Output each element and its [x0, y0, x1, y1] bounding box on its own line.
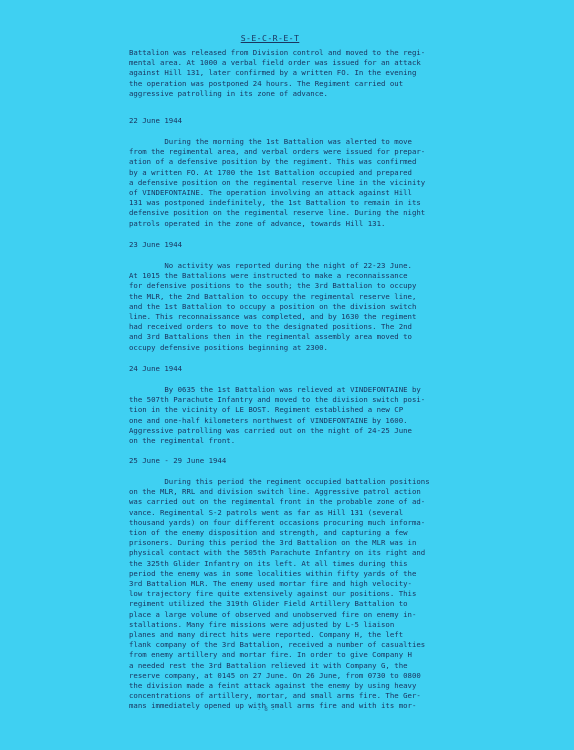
document-page: S-E-C-R-E-T Battalion was released from …: [0, 0, 574, 750]
page-number: - 8 -: [0, 706, 532, 713]
intro-text: Battalion was released from Division con…: [129, 48, 489, 99]
section-date: 23 June 1944: [129, 240, 489, 250]
intro-paragraph: Battalion was released from Division con…: [129, 48, 489, 99]
classification-header: S-E-C-R-E-T: [0, 33, 540, 43]
section-24-june: 24 June 1944 By 0635 the 1st Battalion w…: [129, 364, 489, 446]
section-text: By 0635 the 1st Battalion was relieved a…: [129, 385, 489, 446]
section-date: 24 June 1944: [129, 364, 489, 374]
section-22-june: 22 June 1944 During the morning the 1st …: [129, 116, 489, 229]
section-text: No activity was reported during the nigh…: [129, 261, 489, 353]
section-23-june: 23 June 1944 No activity was reported du…: [129, 240, 489, 353]
section-25-29-june: 25 June - 29 June 1944 During this perio…: [129, 456, 489, 712]
section-date: 22 June 1944: [129, 116, 489, 126]
section-text: During this period the regiment occupied…: [129, 477, 489, 712]
section-text: During the morning the 1st Battalion was…: [129, 137, 489, 229]
section-date: 25 June - 29 June 1944: [129, 456, 489, 466]
